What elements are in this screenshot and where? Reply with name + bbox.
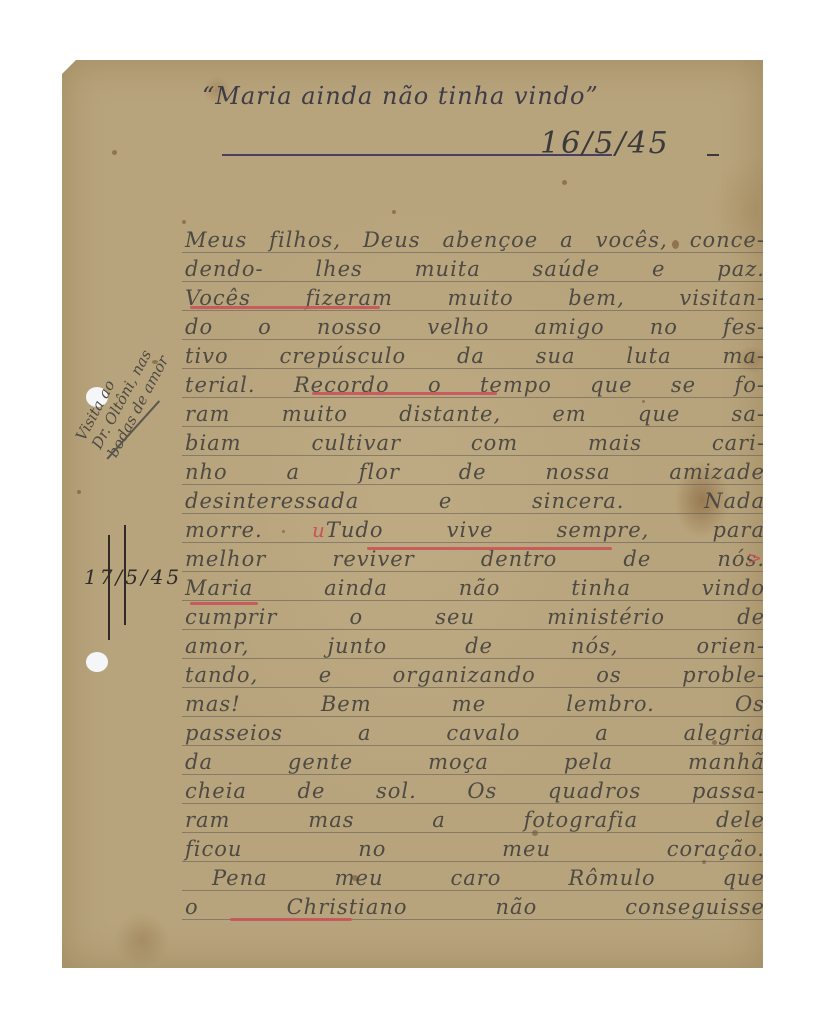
ruled-line <box>182 745 763 746</box>
text-line: doonossovelhoamigonofes- <box>185 315 765 339</box>
ruled-line <box>182 571 763 572</box>
ruled-line <box>182 803 763 804</box>
red-arrow-mark: > <box>747 548 762 569</box>
text-line: desinteressadaesincera.Nada <box>185 489 765 513</box>
text-line: cheiadesol.Osquadrospassa- <box>185 779 765 803</box>
ruled-line <box>182 513 763 514</box>
red-underline <box>230 918 352 921</box>
ruled-line <box>182 281 763 282</box>
ruled-line <box>182 252 763 253</box>
text-line: ficounomeucoração. <box>185 837 765 861</box>
side-date: 17/5/45 <box>84 565 182 589</box>
red-underline <box>312 392 497 395</box>
red-underline <box>190 306 380 309</box>
ruled-line <box>182 542 763 543</box>
red-underline <box>367 547 612 550</box>
ruled-line <box>182 658 763 659</box>
text-line: PenameucaroRômuloque <box>212 866 765 890</box>
text-line: dendo-lhesmuitasaúdeepaz. <box>185 257 765 281</box>
text-line: dagentemoçapelamanhã <box>185 750 765 774</box>
ruled-line <box>182 774 763 775</box>
red-underline <box>190 602 258 605</box>
text-line: melhorreviverdentrodenós. <box>185 547 765 571</box>
text-line: passeiosacavaloaalegria <box>185 721 765 745</box>
ruled-line <box>182 455 763 456</box>
text-line: Meusfilhos,Deusabençoeavocês,conce- <box>185 228 765 252</box>
ruled-line <box>182 687 763 688</box>
text-line: cumpriroseuministériode <box>185 605 765 629</box>
document-title: “Maria ainda não tinha vindo” <box>202 82 599 110</box>
text-line: nhoaflordenossaamizade <box>185 460 765 484</box>
text-line: morre.Tudovivesempre,para <box>185 518 765 542</box>
text-line: Mariaaindanãotinhavindo <box>185 576 765 600</box>
ruled-line <box>182 832 763 833</box>
text-line: rammasafotografiadele <box>185 808 765 832</box>
ruled-line <box>182 484 763 485</box>
ruled-line <box>182 600 763 601</box>
ruled-line <box>182 368 763 369</box>
ruled-line <box>182 339 763 340</box>
text-line: tando,eorganizandoosproble- <box>185 663 765 687</box>
date-dash <box>707 154 719 156</box>
ruled-line <box>182 861 763 862</box>
ruled-line <box>182 426 763 427</box>
document-date: 16/5/45 <box>540 126 670 161</box>
ruled-line <box>182 629 763 630</box>
text-line: tivocrepúsculodasualutama- <box>185 344 765 368</box>
ruled-line <box>182 890 763 891</box>
ruled-line <box>182 716 763 717</box>
text-line: rammuitodistante,emquesa- <box>185 402 765 426</box>
punch-hole <box>86 652 108 672</box>
text-line: mas!Bemmelembro.Os <box>185 692 765 716</box>
manuscript-page: “Maria ainda não tinha vindo” 16/5/45 Me… <box>62 60 763 968</box>
text-line: biamcultivarcommaiscari- <box>185 431 765 455</box>
ruled-line <box>182 310 763 311</box>
text-line: oChristianonãoconseguisse <box>185 895 765 919</box>
text-line: amor,juntodenós,orien- <box>185 634 765 658</box>
ruled-line <box>182 397 763 398</box>
red-margin-mark: u <box>312 518 325 542</box>
